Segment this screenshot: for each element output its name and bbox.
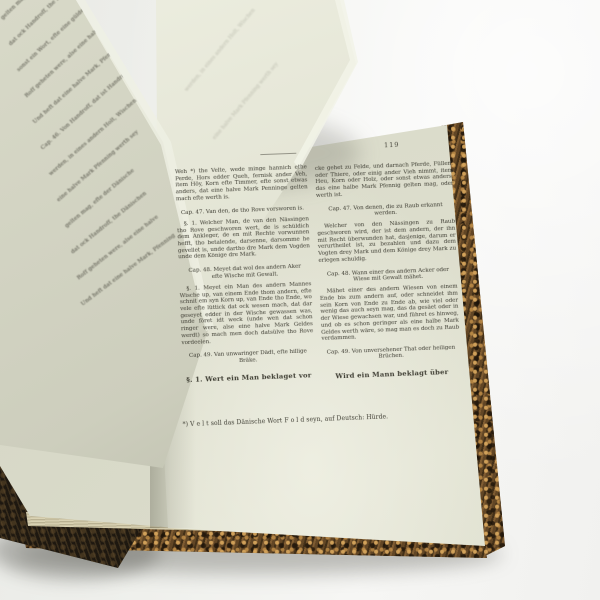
- chapter-label: Cap. 48.: [327, 270, 350, 277]
- paragraph-cap48: Mähet einer des andern Wiesen von einem …: [320, 284, 460, 343]
- header-rule: [260, 153, 296, 155]
- leaf-text-line: dat ock Handroff, the Dänischen: [70, 191, 148, 256]
- leaf-text-line: gelten mag, efte der Dänische: [64, 168, 136, 229]
- page-number: 119: [384, 141, 400, 150]
- high-german-column: cke gehet zu Felde, und darnach Pferde, …: [315, 161, 461, 388]
- chapter-title: Van den, de tho Rove vorsworen is.: [206, 205, 304, 215]
- paragraph-cap47: Welcher von den Nässingen zu Raub geschw…: [317, 219, 456, 264]
- translator-footnote: *) V e l t soll das Dänische Wort F o l …: [183, 410, 469, 428]
- paragraph-cap48: §. 1. Meyet ein Man des andern Mannes Wi…: [179, 281, 313, 346]
- ghost-text-line: werden, in eines andern Holt, Wischen: [184, 8, 257, 93]
- chapter-heading-48: Cap. 48. Wann einer des andern Acker ode…: [323, 266, 453, 284]
- chapter-label: Cap. 47.: [328, 205, 351, 212]
- low-german-column: Weh *) the Velte, wede minge hannich eth…: [175, 164, 315, 391]
- leaf-text-line: Roff geheten were, alse eine halve: [76, 214, 160, 281]
- chapter-heading-49: Cap. 49. Von unversehener That oder heil…: [326, 345, 456, 363]
- chapter-heading-49: Cap. 49. Van unwaringer Dädt, efte hilli…: [186, 349, 310, 367]
- paragraph-continuation: Weh *) the Velte, wede minge hannich eth…: [175, 164, 308, 203]
- leaf-text-line: sonst ein Wort, efte eine güldene: [16, 3, 91, 74]
- book-photo: werden, in eines andern Holt, Wischen ei…: [0, 0, 600, 600]
- chapter-heading-47: Cap. 47. Von denen, die zu Raub erkannt …: [320, 201, 450, 219]
- chapter-label: Cap. 48.: [188, 267, 211, 274]
- chapter-heading-48: Cap. 48. Meyet dat wol des andern Aker e…: [183, 264, 307, 282]
- leaf-text-line: Roff geheten were, alse eine halve: [24, 26, 102, 100]
- chapter-label: Cap. 47.: [181, 209, 204, 216]
- right-page-content: 119 Weh *) the Velte, wede minge hannich…: [158, 137, 467, 488]
- chapter-label: Cap. 49.: [327, 349, 350, 356]
- chapter-heading-47: Cap. 47. Van den, de tho Rove vorsworen …: [180, 205, 304, 216]
- chapter-title: Von denen, die zu Raub erkannt werden.: [353, 202, 442, 217]
- chapter-title: Von unversehener That oder heiligen Brüc…: [352, 345, 456, 360]
- chapter-label: Cap. 49.: [189, 352, 212, 359]
- chapter-title: Meyet dat wol des andern Aker efte Wisch…: [212, 264, 301, 280]
- section-opening-line: Wird ein Mann beklagt über: [323, 368, 461, 381]
- paragraph-continuation: cke gehet zu Felde, und darnach Pferde, …: [315, 161, 454, 200]
- chapter-title: Van unwaringer Dädt, efte hillige Bräke.: [214, 349, 307, 364]
- ghost-text-line: eine halve Mark Pfenning werth sey: [212, 61, 280, 141]
- section-opening-line: §. 1. Wert ein Man beklaget vor: [183, 372, 315, 384]
- leaf-text-line: eine halve Mark Pfenning werth sey: [56, 129, 140, 203]
- paragraph-cap47: §. 1. Welcher Man, de van den Nässingen …: [177, 216, 310, 261]
- chapter-title: Wann einer des andern Acker oder Wiese m…: [352, 266, 449, 282]
